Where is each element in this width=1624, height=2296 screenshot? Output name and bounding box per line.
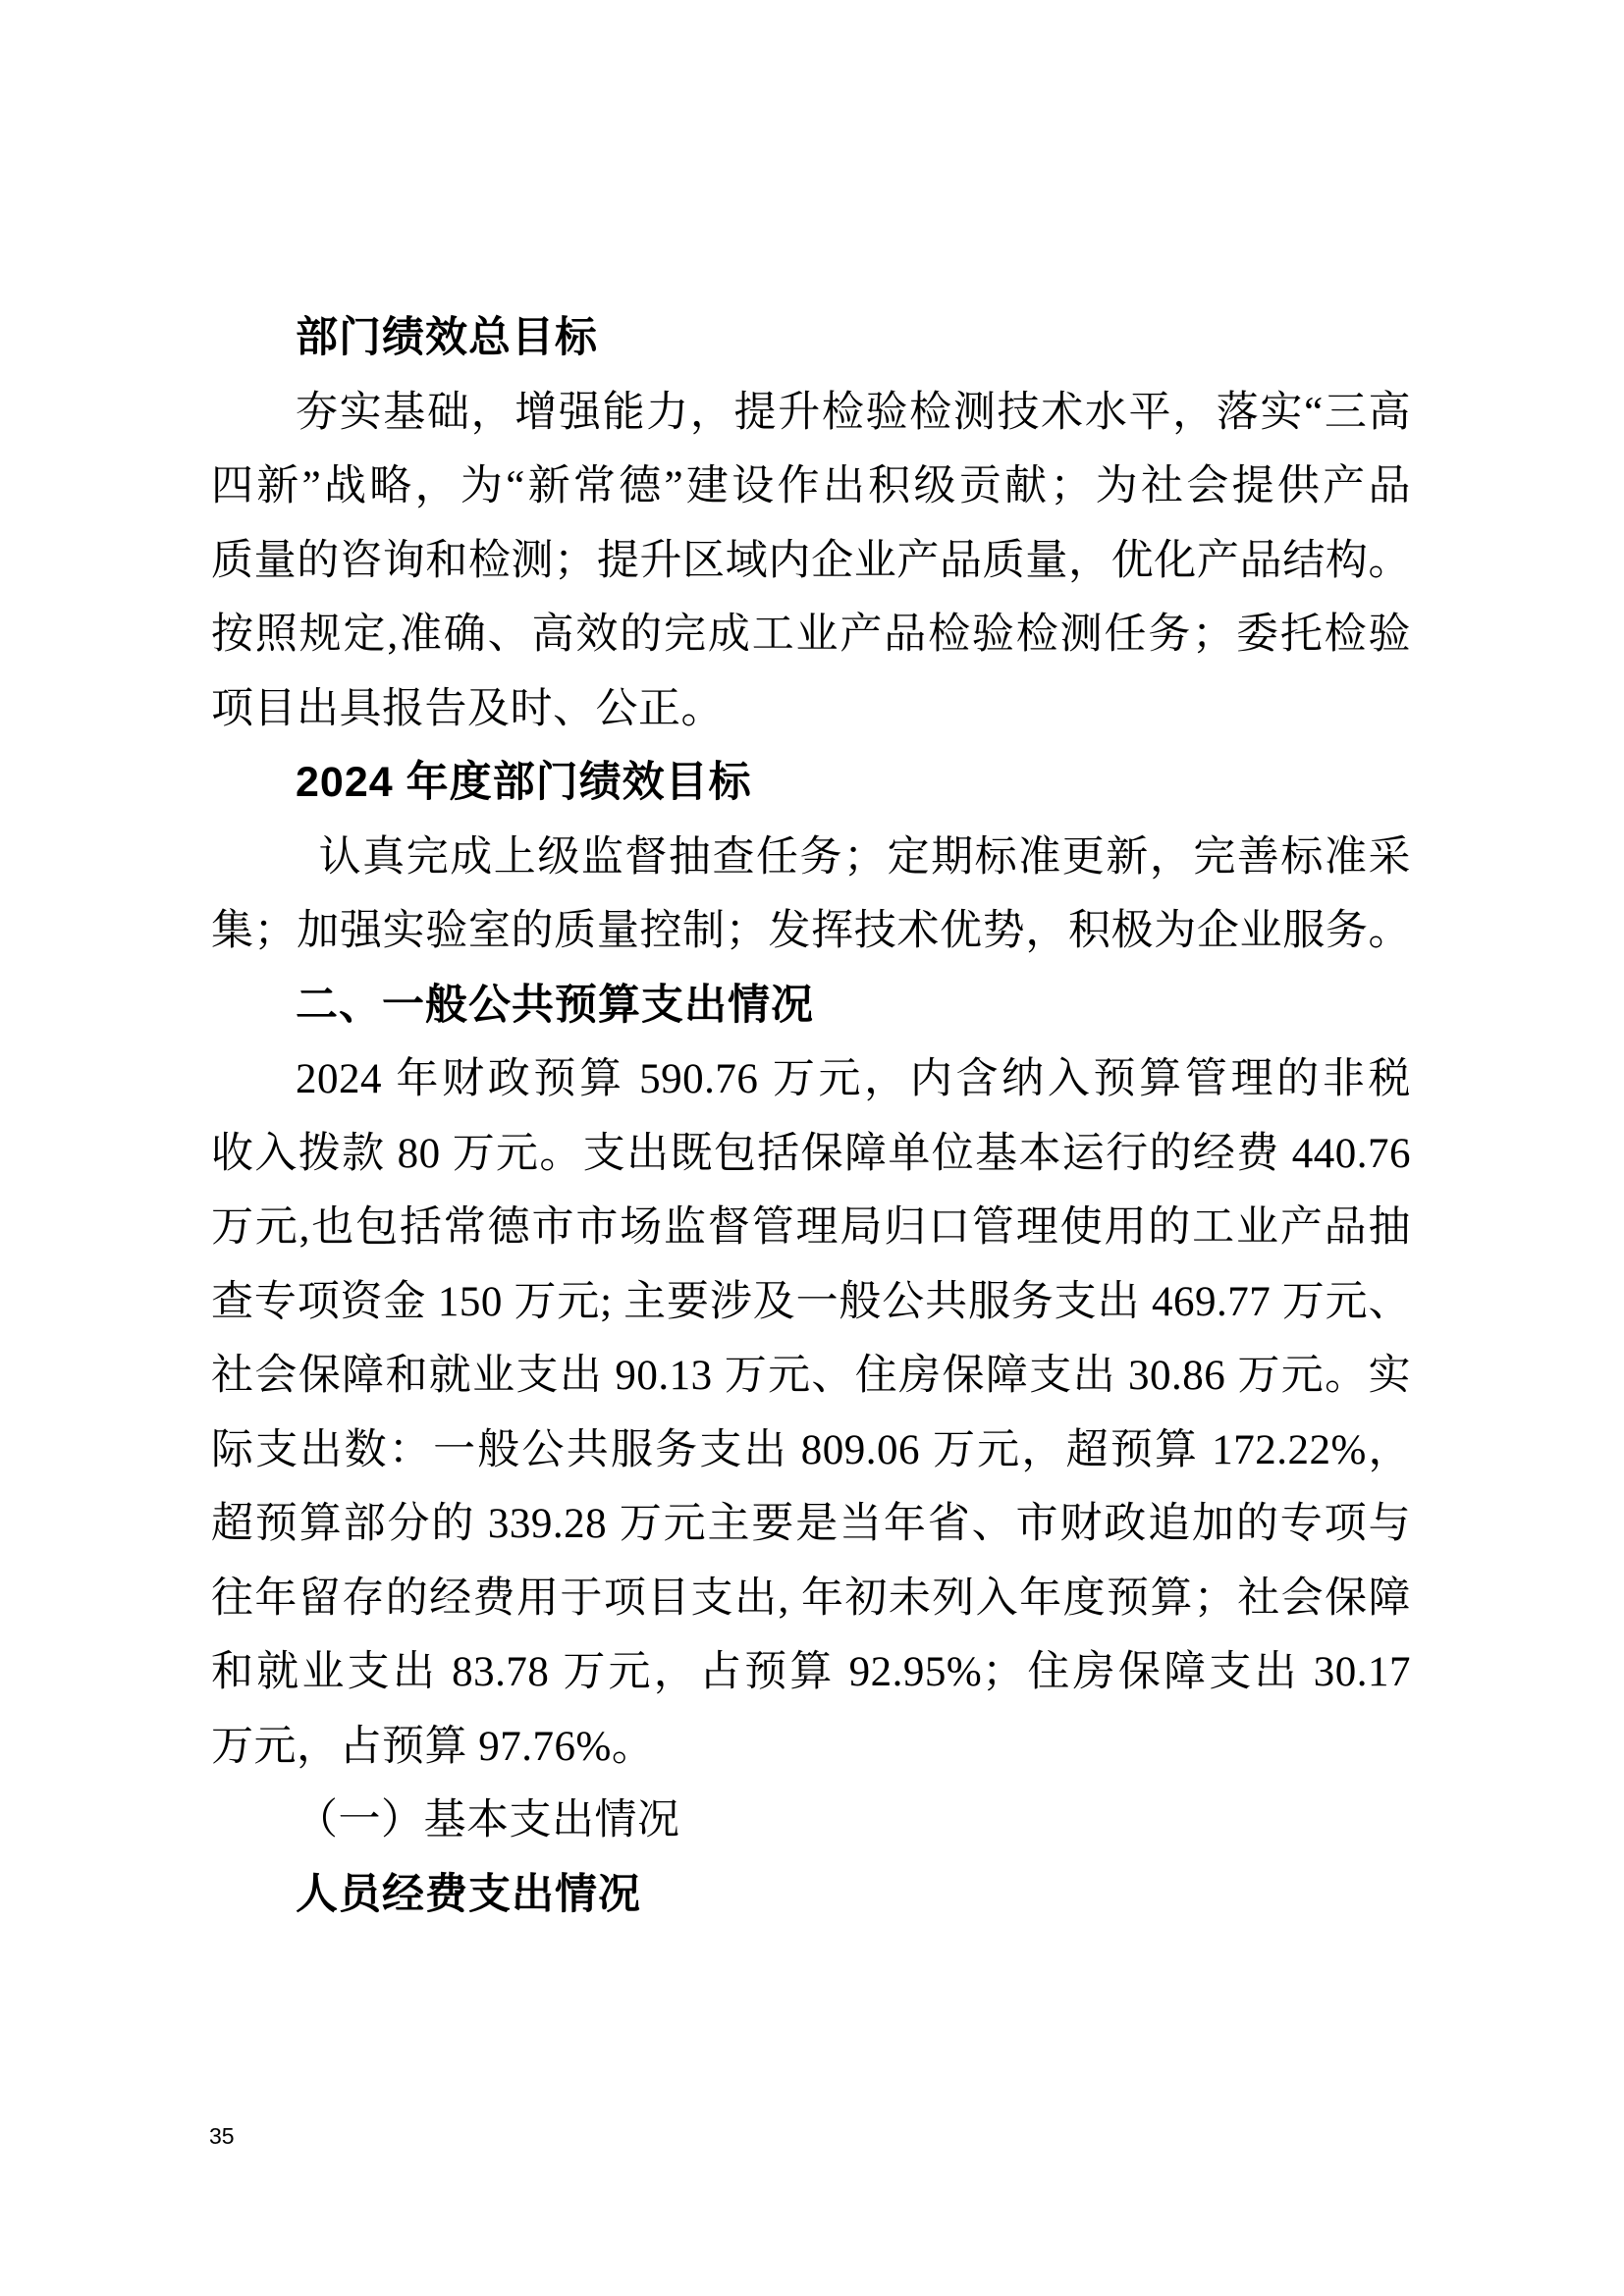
page-number: 35 [209, 2122, 235, 2150]
body-line: 万元,也包括常德市市场监督管理局归口管理使用的工业产品抽 [211, 1191, 1411, 1265]
body-line: 质量的咨询和检测；提升区域内企业产品质量，优化产品结构。 [211, 524, 1411, 599]
body-line: 超预算部分的 339.28 万元主要是当年省、市财政追加的专项与 [211, 1487, 1411, 1562]
document-page: 部门绩效总目标 夯实基础，增强能力，提升检验检测技术水平，落实“三高 四新”战略… [0, 0, 1624, 2296]
heading-personnel-expenditure: 人员经费支出情况 [211, 1858, 1411, 1933]
heading-2024-performance-goal: 2024 年度部门绩效目标 [211, 746, 1411, 821]
body-line: 2024 年财政预算 590.76 万元，内含纳入预算管理的非税 [211, 1042, 1411, 1117]
body-line: 查专项资金 150 万元; 主要涉及一般公共服务支出 469.77 万元、 [211, 1265, 1411, 1340]
body-line: 万元，占预算 97.76%。 [211, 1710, 1411, 1785]
body-line: 集；加强实验室的质量控制；发挥技术优势，积极为企业服务。 [211, 894, 1411, 969]
body-line: 社会保障和就业支出 90.13 万元、住房保障支出 30.86 万元。实 [211, 1339, 1411, 1414]
body-line: 项目出具报告及时、公正。 [211, 672, 1411, 747]
document-body: 部门绩效总目标 夯实基础，增强能力，提升检验检测技术水平，落实“三高 四新”战略… [211, 301, 1411, 1932]
subheading-basic-expenditure: （一）基本支出情况 [211, 1784, 1411, 1858]
heading-dept-overall-performance-goal: 部门绩效总目标 [211, 301, 1411, 376]
body-line: 四新”战略，为“新常德”建设作出积级贡献；为社会提供产品 [211, 450, 1411, 524]
body-line: 往年留存的经费用于项目支出, 年初未列入年度预算；社会保障 [211, 1562, 1411, 1636]
body-line: 夯实基础，增强能力，提升检验检测技术水平，落实“三高 [211, 376, 1411, 451]
body-line: 按照规定,准确、高效的完成工业产品检验检测任务；委托检验 [211, 598, 1411, 672]
body-line: 和就业支出 83.78 万元，占预算 92.95%；住房保障支出 30.17 [211, 1635, 1411, 1710]
body-line: 收入拨款 80 万元。支出既包括保障单位基本运行的经费 440.76 [211, 1117, 1411, 1192]
body-line: 认真完成上级监督抽查任务；定期标准更新，完善标准采 [211, 821, 1411, 895]
heading-section-2-general-public-budget: 二、一般公共预算支出情况 [211, 969, 1411, 1043]
body-line: 际支出数：一般公共服务支出 809.06 万元，超预算 172.22%， [211, 1414, 1411, 1488]
